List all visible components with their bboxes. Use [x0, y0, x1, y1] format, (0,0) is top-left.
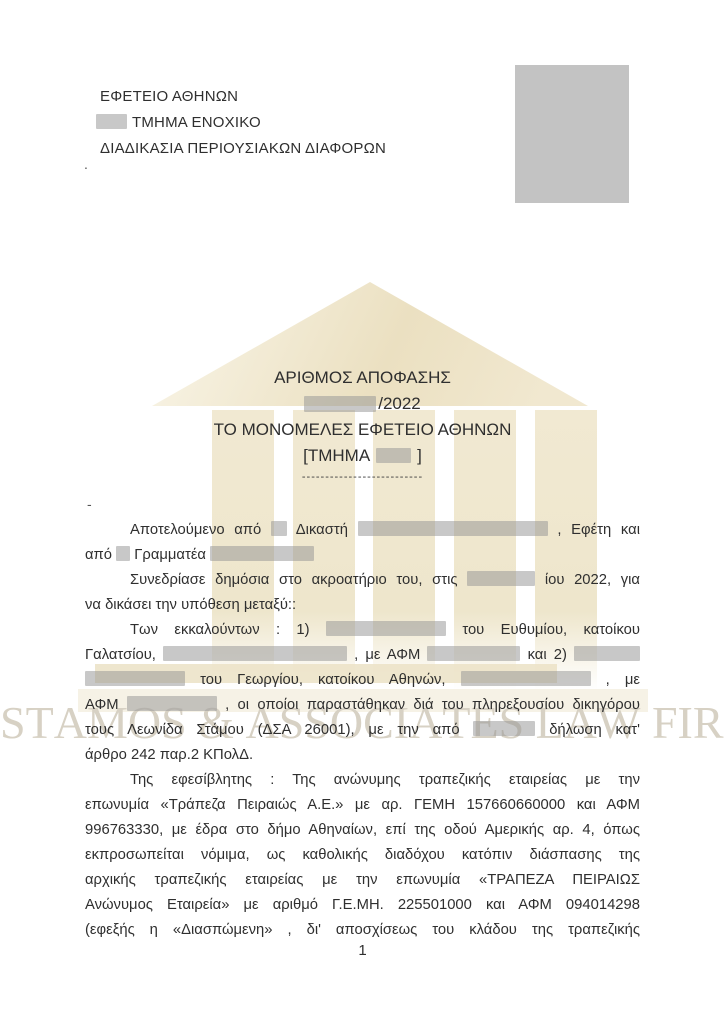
redaction-box [358, 521, 548, 536]
body-text-segment: Γραμματέα [134, 547, 206, 563]
decision-number-line: /2022 [85, 391, 640, 417]
body-text-segment: Της εφεσίβλητης : Της ανώνυμης τραπεζική… [130, 772, 640, 788]
tmima-suffix: ] [417, 446, 422, 465]
body-line: επωνυμία «Τράπεζα Πειραιώς Α.Ε.» με αρ. … [85, 793, 640, 818]
page-number: 1 [85, 942, 640, 959]
body-text-segment: 996763330, με έδρα στο δήμο Αθηναίων, επ… [85, 822, 640, 838]
dashed-divider: -------------------------- [85, 469, 640, 485]
decision-number-heading: ΑΡΙΘΜΟΣ ΑΠΟΦΑΣΗΣ [85, 365, 640, 391]
body-line: Συνεδρίασε δημόσια στο ακροατήριο του, σ… [85, 568, 640, 593]
redaction-box [574, 646, 640, 661]
body-text-segment: ίου 2022, για [545, 572, 640, 588]
letterhead-procedure-line: ΔΙΑΔΙΚΑΣΙΑ ΠΕΡΙΟΥΣΙΑΚΩΝ ΔΙΑΦΟΡΩΝ [100, 136, 386, 162]
body-text-segment: του Ευθυμίου, κατοίκου [462, 622, 640, 638]
body-line: 996763330, με έδρα στο δήμο Αθηναίων, επ… [85, 818, 640, 843]
body-text-segment: Των εκκαλούντων : 1) [130, 622, 310, 638]
body-text-segment: Συνεδρίασε δημόσια στο ακροατήριο του, σ… [130, 572, 458, 588]
redaction-box [116, 546, 130, 561]
redaction-box [473, 721, 535, 736]
document-page: STAMOS & ASSOCIATES LAW FIRM. ΕΦΕΤΕΙΟ ΑΘ… [0, 0, 724, 1024]
redaction-box [467, 571, 535, 586]
stray-scan-dash: - [87, 496, 92, 512]
redaction-box [427, 646, 520, 661]
body-text-segment: και 2) [528, 647, 567, 663]
body-text-segment: εκπροσωπείται νόμιμα, ως καθολικής διαδό… [85, 847, 640, 863]
body-line: Της εφεσίβλητης : Της ανώνυμης τραπεζική… [85, 768, 640, 793]
watermark-letter [640, 698, 652, 750]
body-line: εκπροσωπείται νόμιμα, ως καθολικής διαδό… [85, 843, 640, 868]
redaction-box [326, 621, 446, 636]
body-line: του Γεωργίου, κατοίκου Αθηνών, , με [85, 668, 640, 693]
tmima-line: [ΤΜΗΜΑ] [85, 443, 640, 469]
body-text-segment: , με [606, 672, 640, 688]
redaction-box [127, 696, 217, 711]
letterhead-division-line: ΤΜΗΜΑ ΕΝΟΧΙΚΟ [100, 110, 386, 136]
body-text-segment: Γαλατσίου, [85, 647, 156, 663]
body-text-segment: , με ΑΦΜ [354, 647, 420, 663]
body-line: από Γραμματέα [85, 543, 640, 568]
watermark-letter: T [26, 698, 54, 750]
redaction-box [96, 114, 127, 129]
body-text-segment: ΑΦΜ [85, 697, 119, 713]
body-text-segment: Αποτελούμενο από [130, 522, 261, 538]
body-line: ΑΦΜ , οι οποίοι παραστάθηκαν διά του πλη… [85, 693, 640, 718]
redaction-box [304, 396, 376, 412]
redaction-box [163, 646, 347, 661]
decision-title-block: ΑΡΙΘΜΟΣ ΑΠΟΦΑΣΗΣ /2022 ΤΟ ΜΟΝΟΜΕΛΕΣ ΕΦΕΤ… [85, 365, 640, 485]
redaction-box [271, 521, 287, 536]
decision-year-label: /2022 [378, 394, 421, 413]
tmima-prefix: [ΤΜΗΜΑ [303, 446, 370, 465]
redaction-box [210, 546, 314, 561]
stray-scan-dot: . [84, 156, 88, 172]
body-line: Γαλατσίου, , με ΑΦΜ και 2) [85, 643, 640, 668]
body-line: Των εκκαλούντων : 1) του Ευθυμίου, κατοί… [85, 618, 640, 643]
redaction-box [85, 671, 185, 686]
letterhead-division-label: ΤΜΗΜΑ ΕΝΟΧΙΚΟ [132, 114, 261, 131]
body-line: (εφεξής η «Διασπώμενη» , δι' αποσχίσεως … [85, 918, 640, 943]
court-letterhead: ΕΦΕΤΕΙΟ ΑΘΗΝΩΝ ΤΜΗΜΑ ΕΝΟΧΙΚΟ ΔΙΑΔΙΚΑΣΙΑ … [100, 84, 386, 162]
redacted-stamp-area [515, 65, 629, 203]
body-text-segment: Ανώνυμος Εταιρεία» με αριθμό Γ.Ε.ΜΗ. 225… [85, 897, 640, 913]
body-text-segment: άρθρο 242 παρ.2 ΚΠολΔ. [85, 747, 253, 763]
body-line: να δικάσει την υπόθεση μεταξύ:: [85, 593, 640, 618]
body-text-segment: από [85, 547, 112, 563]
body-text-segment: αρχικής τραπεζικής εταιρείας με την επων… [85, 872, 640, 888]
decision-body-text: Αποτελούμενο από Δικαστή , Εφέτη καιαπό … [85, 518, 640, 943]
body-line: αρχικής τραπεζικής εταιρείας με την επων… [85, 868, 640, 893]
body-text-segment: (εφεξής η «Διασπώμενη» , δι' αποσχίσεως … [85, 922, 640, 938]
body-text-segment: δήλωση κατ' [549, 722, 640, 738]
letterhead-court-line: ΕΦΕΤΕΙΟ ΑΘΗΝΩΝ [100, 84, 386, 110]
body-text-segment: τους Λεωνίδα Στάμου (ΔΣΑ 26001), με την … [85, 722, 460, 738]
watermark-letter: I [678, 698, 693, 750]
body-text-segment: , Εφέτη και [557, 522, 640, 538]
watermark-letter: A [54, 698, 87, 750]
body-line: Ανώνυμος Εταιρεία» με αριθμό Γ.Ε.ΜΗ. 225… [85, 893, 640, 918]
watermark-letter: S [0, 698, 26, 750]
body-line: Αποτελούμενο από Δικαστή , Εφέτη και [85, 518, 640, 543]
body-text-segment: Δικαστή [296, 522, 348, 538]
redaction-box [461, 671, 591, 686]
redaction-box [376, 448, 411, 463]
watermark-letter: F [652, 698, 678, 750]
body-text-segment: του Γεωργίου, κατοίκου Αθηνών, [200, 672, 445, 688]
body-text-segment: , οι οποίοι παραστάθηκαν διά του πληρεξο… [225, 697, 640, 713]
body-line: άρθρο 242 παρ.2 ΚΠολΔ. [85, 743, 640, 768]
body-text-segment: να δικάσει την υπόθεση μεταξύ:: [85, 597, 296, 613]
watermark-letter: R [693, 698, 724, 750]
body-line: τους Λεωνίδα Στάμου (ΔΣΑ 26001), με την … [85, 718, 640, 743]
body-text-segment: επωνυμία «Τράπεζα Πειραιώς Α.Ε.» με αρ. … [85, 797, 640, 813]
court-name-heading: ΤΟ ΜΟΝΟΜΕΛΕΣ ΕΦΕΤΕΙΟ ΑΘΗΝΩΝ [85, 417, 640, 443]
